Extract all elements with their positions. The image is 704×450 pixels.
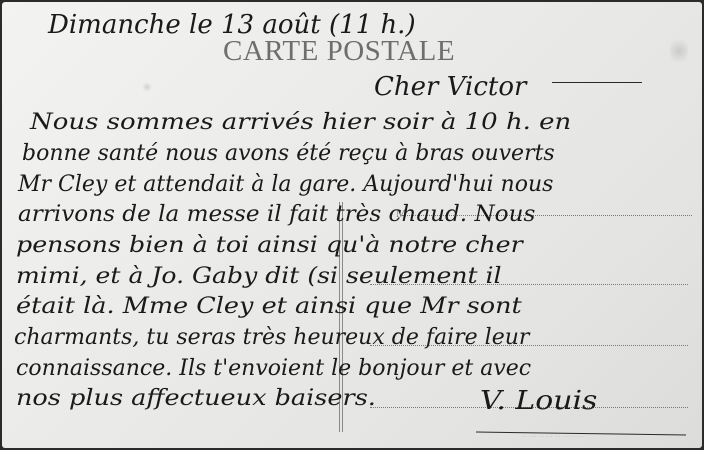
stain [142,82,152,92]
letter-line-8: charmants, tu seras très heureux de fair… [14,325,529,350]
letter-line-5: pensons bien à toi ainsi qu'à notre cher [16,233,523,258]
salutation: Cher Victor [374,72,526,102]
printer-imprint: ·· ··· ····· ·· ········ [522,434,585,440]
letter-line-2: bonne santé nous avons été reçu à bras o… [22,141,555,166]
postcard-back: CARTE POSTALE M ·· ··· ····· ·· ········… [2,2,702,448]
salutation-underline [552,82,642,83]
letter-line-3: Mr Cley et attendait à la gare. Aujourd'… [18,172,553,197]
letter-line-10: nos plus affectueux baisers. [16,386,376,411]
header-date: Dimanche le 13 août (11 h.) [48,10,416,40]
letter-line-7: était là. Mme Cley et ainsi que Mr sont [16,294,522,319]
letter-line-6: mimi, et à Jo. Gaby dit (si seulement il [16,264,502,289]
letter-line-1: Nous sommes arrivés hier soir à 10 h. en [30,110,571,135]
letter-line-4: arrivons de la messe il fait très chaud.… [18,202,535,227]
stain [670,36,688,66]
signature: V. Louis [480,386,597,416]
letter-line-9: connaissance. Ils t'envoient le bonjour … [16,356,531,381]
